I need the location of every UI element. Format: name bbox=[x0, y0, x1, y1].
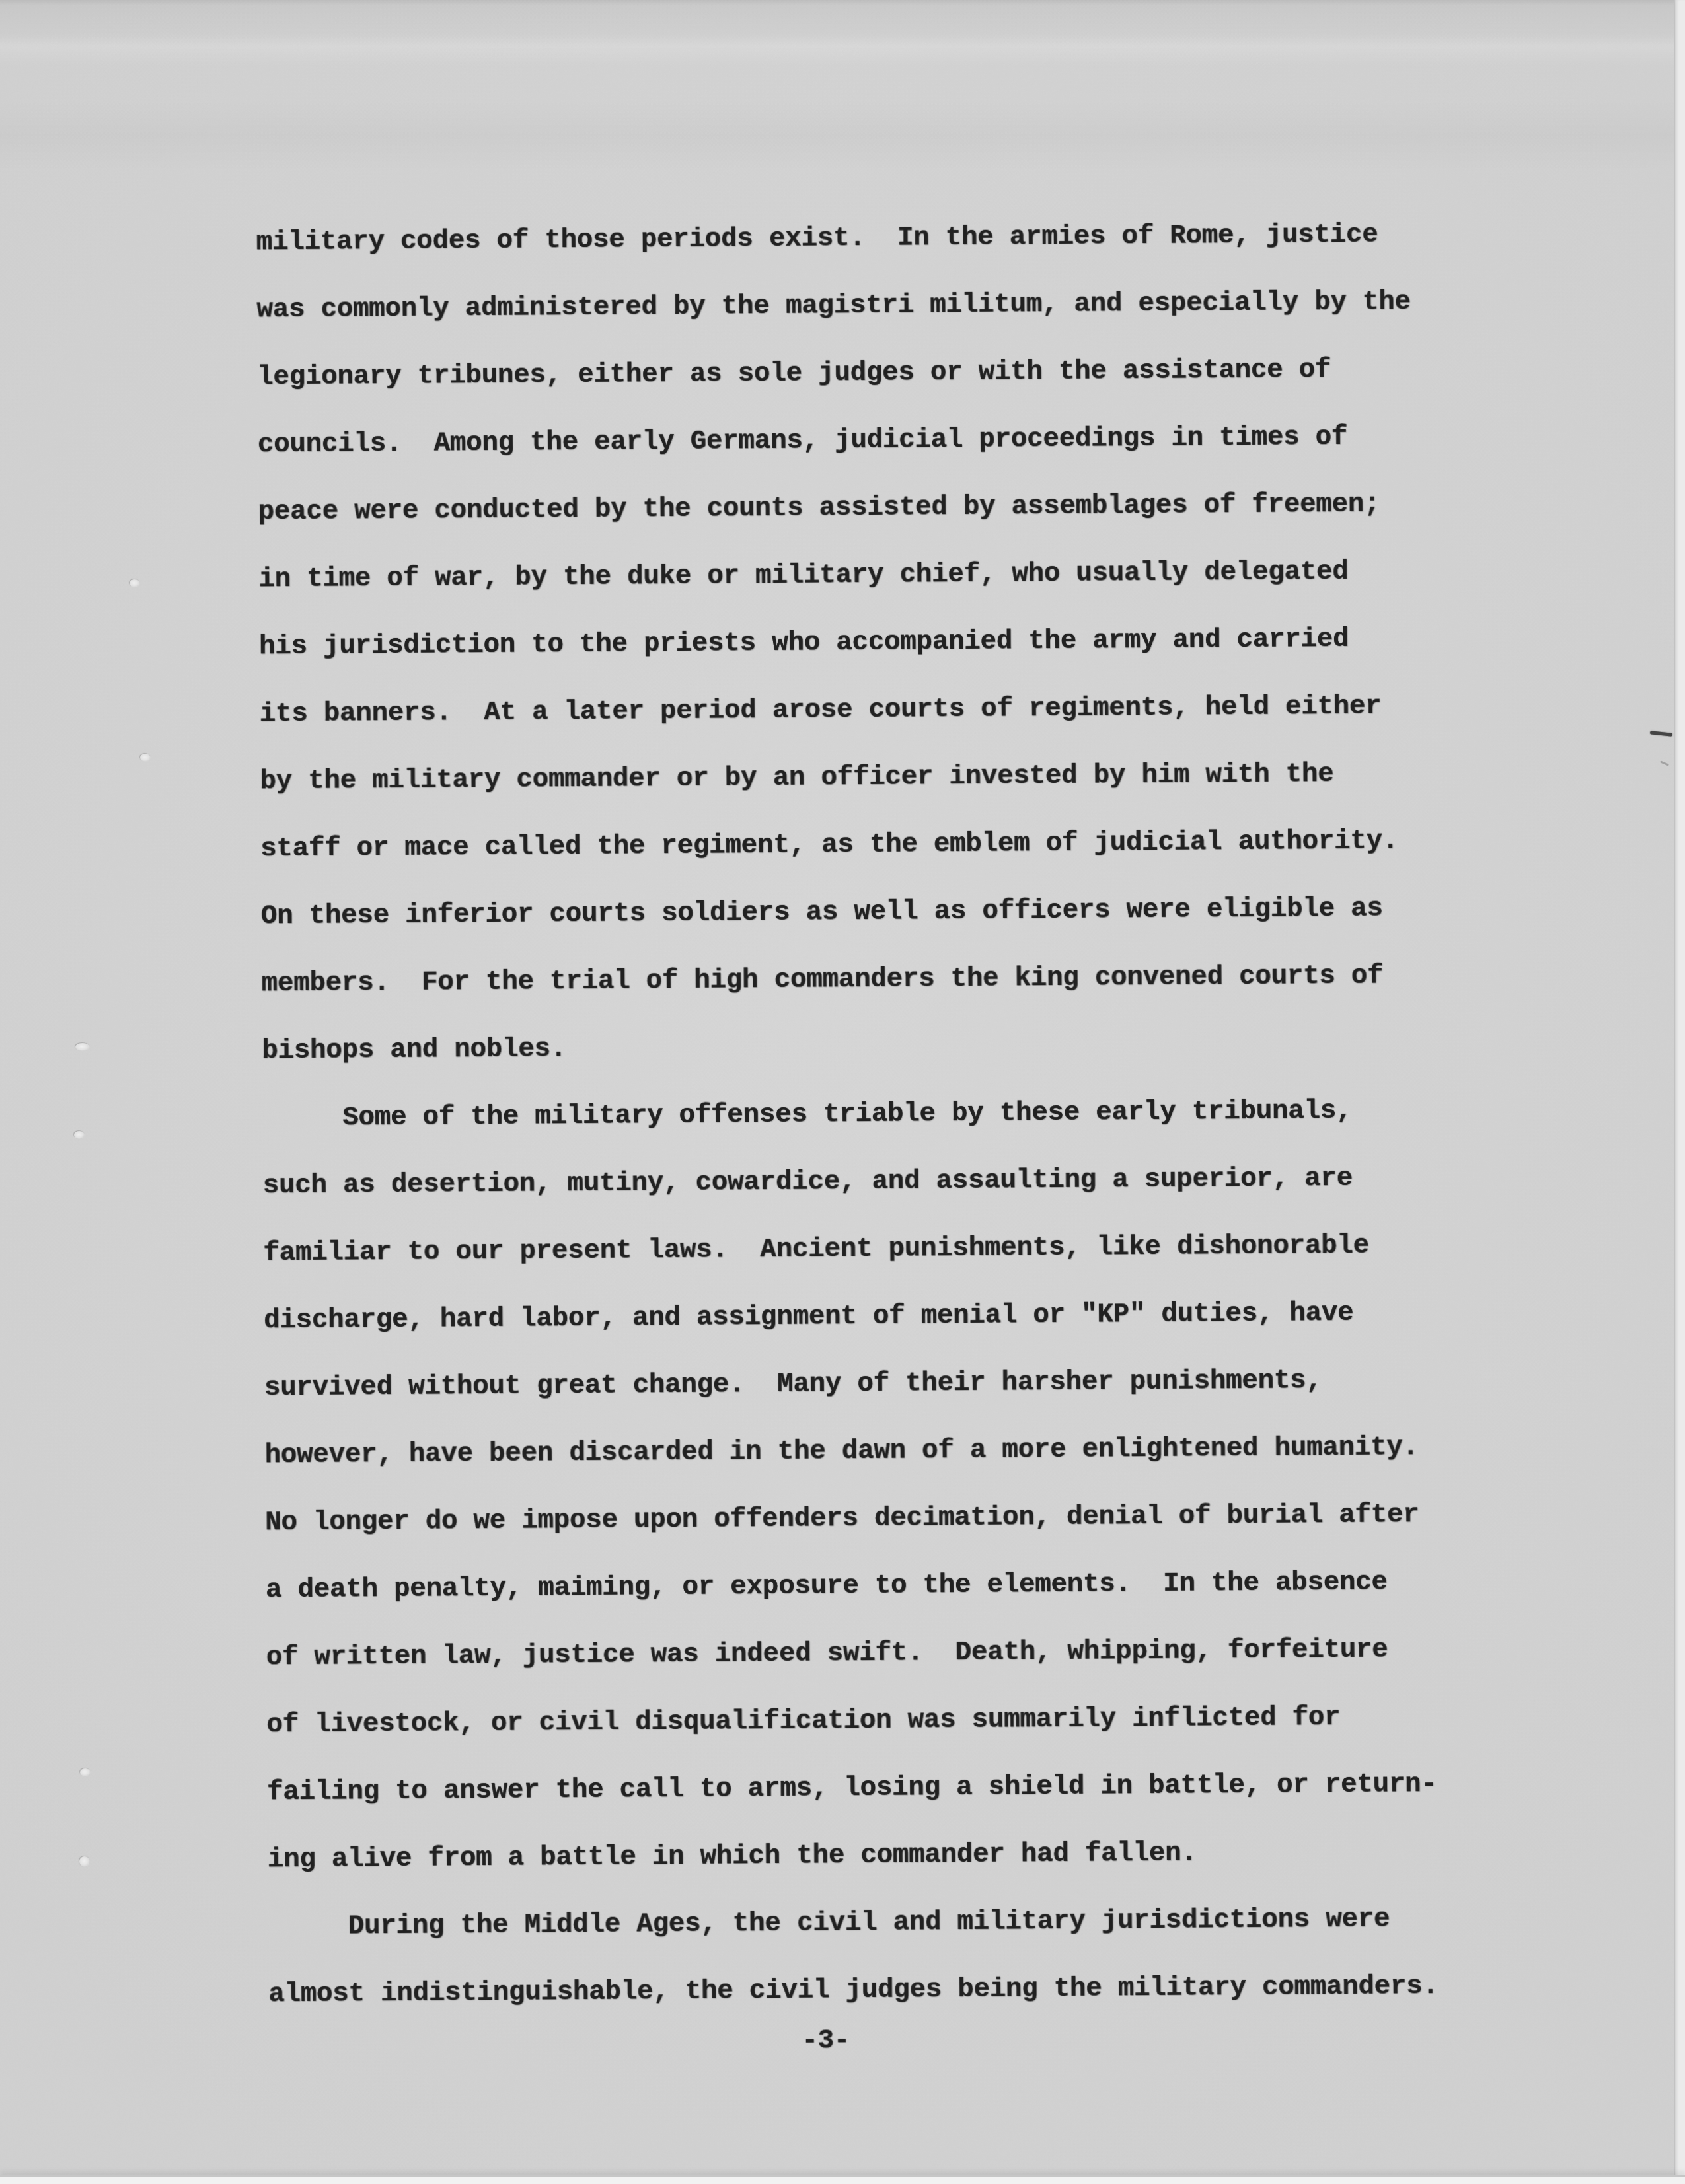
paper-dent bbox=[140, 754, 151, 762]
text-line: survived without great change. Many of t… bbox=[264, 1346, 1481, 1422]
text-line: however, have been discarded in the dawn… bbox=[264, 1414, 1481, 1490]
text-line: its banners. At a later period arose cou… bbox=[259, 673, 1476, 748]
pencil-dash-mark bbox=[1650, 731, 1672, 737]
text-line: such as desertion, mutiny, cowardice, an… bbox=[262, 1144, 1479, 1220]
text-line: peace were conducted by the counts assis… bbox=[258, 470, 1474, 546]
text-line: staff or mace called the regiment, as th… bbox=[260, 807, 1477, 883]
text-line: discharge, hard labor, and assignment of… bbox=[264, 1279, 1480, 1355]
text-line: ing alive from a battle in which the com… bbox=[267, 1818, 1483, 1894]
pencil-smudge-mark bbox=[1660, 760, 1669, 766]
text-line: On these inferior courts soldiers as wel… bbox=[261, 875, 1478, 951]
paper-dent bbox=[80, 1768, 91, 1776]
text-line: in time of war, by the duke or military … bbox=[258, 538, 1475, 614]
text-line: military codes of those periods exist. I… bbox=[256, 201, 1472, 277]
text-line: was commonly administered by the magistr… bbox=[256, 268, 1473, 344]
text-line: No longer do we impose upon offenders de… bbox=[265, 1481, 1481, 1557]
text-line: failing to answer the call to arms, losi… bbox=[267, 1751, 1483, 1827]
typewritten-text-block: military codes of those periods exist. I… bbox=[256, 201, 1484, 2029]
text-line: of livestock, or civil disqualification … bbox=[266, 1683, 1483, 1759]
text-line: of written law, justice was indeed swift… bbox=[266, 1616, 1482, 1692]
text-line: by the military commander or by an offic… bbox=[260, 740, 1476, 816]
text-line: his jurisdiction to the priests who acco… bbox=[259, 605, 1476, 681]
text-line: familiar to our present laws. Ancient pu… bbox=[263, 1212, 1479, 1288]
paper-dent bbox=[130, 579, 140, 587]
text-line: During the Middle Ages, the civil and mi… bbox=[268, 1885, 1484, 1961]
paper-dent bbox=[79, 1856, 90, 1867]
text-line: councils. Among the early Germans, judic… bbox=[258, 403, 1474, 479]
text-line: members. For the trial of high commander… bbox=[261, 942, 1478, 1018]
text-line: Some of the military offenses triable by… bbox=[262, 1077, 1479, 1153]
paper-dent bbox=[75, 1043, 90, 1051]
scan-edge-right bbox=[1674, 0, 1685, 2184]
scanned-page: military codes of those periods exist. I… bbox=[0, 0, 1685, 2184]
paper-dent bbox=[74, 1131, 85, 1139]
text-line: legionary tribunes, either as sole judge… bbox=[257, 336, 1474, 412]
text-line: a death penalty, maiming, or exposure to… bbox=[266, 1548, 1482, 1624]
page-number: -3- bbox=[772, 2007, 879, 2075]
scan-edge-bottom bbox=[0, 2175, 1685, 2184]
text-line: bishops and nobles. bbox=[262, 1009, 1478, 1085]
